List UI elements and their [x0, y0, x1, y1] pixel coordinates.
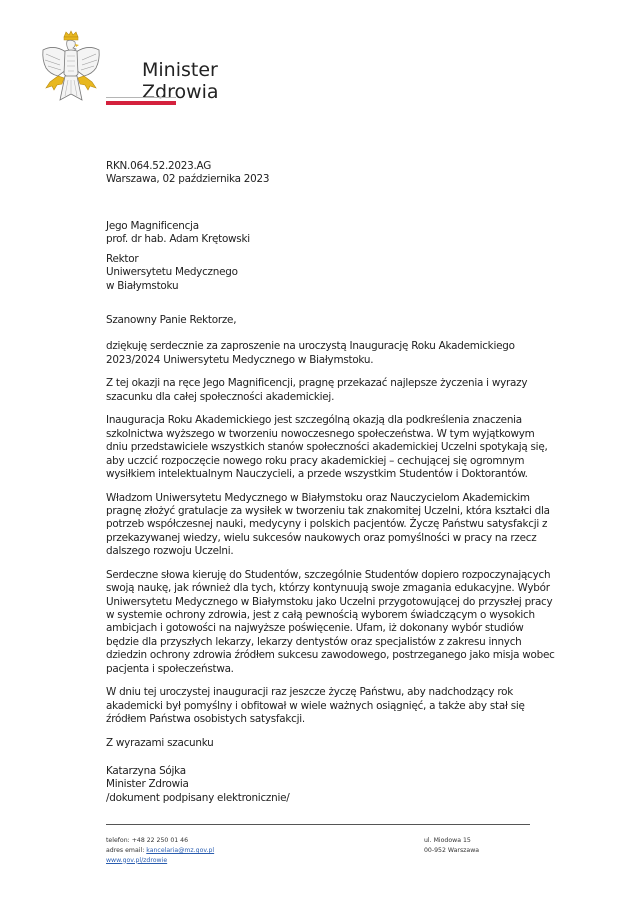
ministry-logo: Minister Zdrowia	[40, 30, 190, 110]
recipient-university: Uniwersytetu Medycznego	[106, 266, 556, 279]
salutation: Szanowny Panie Rektorze,	[106, 314, 556, 327]
recipient-block: Jego Magnificencja prof. dr hab. Adam Kr…	[106, 220, 556, 247]
ministry-name-line1: Minister	[142, 59, 219, 81]
signatory-name: Katarzyna Sójka	[106, 765, 556, 778]
footer-street: ul. Miodowa 15	[424, 836, 479, 846]
paragraph-6: W dniu tej uroczystej inauguracji raz je…	[106, 686, 556, 726]
footer-email-label: adres email:	[106, 847, 146, 854]
paragraph-5: Serdeczne słowa kieruję do Studentów, sz…	[106, 569, 556, 676]
paragraph-4: Władzom Uniwersytetu Medycznego w Białym…	[106, 492, 556, 559]
footer-divider	[106, 824, 530, 825]
footer-email-link[interactable]: kancelaria@mz.gov.pl	[146, 847, 214, 854]
recipient-institution: Rektor Uniwersytetu Medycznego w Białyms…	[106, 253, 556, 293]
signature-block: Katarzyna Sójka Minister Zdrowia /dokume…	[106, 765, 556, 805]
footer-city: 00-952 Warszawa	[424, 846, 479, 856]
reference-block: RKN.064.52.2023.AG Warszawa, 02 paździer…	[106, 160, 556, 187]
recipient-title: Rektor	[106, 253, 556, 266]
signature-note: /dokument podpisany elektronicznie/	[106, 792, 556, 805]
place-date: Warszawa, 02 października 2023	[106, 173, 556, 186]
footer-email-row: adres email: kancelaria@mz.gov.pl	[106, 846, 214, 856]
recipient-city: w Białymstoku	[106, 280, 556, 293]
signatory-title: Minister Zdrowia	[106, 778, 556, 791]
footer-phone: telefon: +48 22 250 01 46	[106, 836, 214, 846]
closing: Z wyrazami szacunku	[106, 737, 556, 750]
paragraph-2: Z tej okazji na ręce Jego Magnificencji,…	[106, 377, 556, 404]
paragraph-3: Inauguracja Roku Akademickiego jest szcz…	[106, 414, 556, 481]
recipient-honorific: Jego Magnificencja	[106, 220, 556, 233]
paragraph-1: dziękuję serdecznie za zaproszenie na ur…	[106, 340, 556, 367]
letter-body: Szanowny Panie Rektorze, dziękuję serdec…	[106, 314, 556, 760]
header-divider-red	[106, 101, 176, 105]
recipient-name: prof. dr hab. Adam Krętowski	[106, 233, 556, 246]
polish-eagle-emblem-icon	[40, 30, 102, 106]
header-divider-gray	[106, 97, 176, 98]
ministry-name-line2: Zdrowia	[142, 81, 219, 103]
footer-address: ul. Miodowa 15 00-952 Warszawa	[424, 836, 479, 856]
footer-website-link[interactable]: www.gov.pl/zdrowie	[106, 857, 167, 864]
footer-contact: telefon: +48 22 250 01 46 adres email: k…	[106, 836, 214, 865]
reference-number: RKN.064.52.2023.AG	[106, 160, 556, 173]
